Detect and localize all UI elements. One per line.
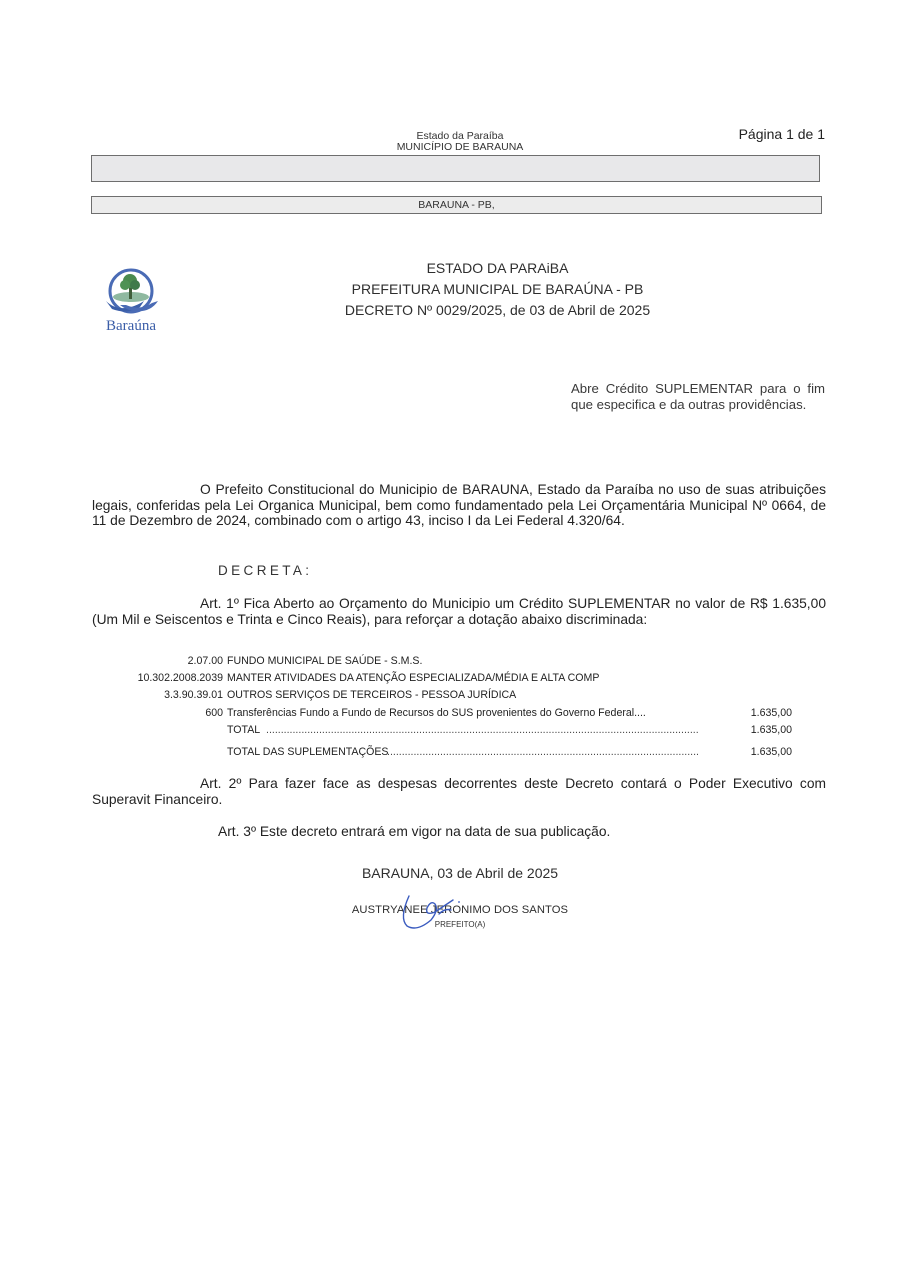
total-value: 1.635,00	[722, 722, 792, 738]
header-box-blank	[91, 155, 820, 182]
dotation-row: 10.302.2008.2039 MANTER ATIVIDADES DA AT…	[92, 670, 812, 686]
dotation-code: 2.07.00	[92, 653, 223, 669]
dotation-description: OUTROS SERVIÇOS DE TERCEIROS - PESSOA JU…	[227, 687, 516, 703]
preamble-text: O Prefeito Constitucional do Municipio d…	[92, 482, 826, 528]
grand-total-label: TOTAL DAS SUPLEMENTAÇÕES	[227, 744, 389, 760]
header-municipality: MUNICÍPIO DE BARAUNA	[330, 142, 590, 153]
dotation-row: 2.07.00 FUNDO MUNICIPAL DE SAÚDE - S.M.S…	[92, 653, 812, 669]
header-box-location: BARAUNA - PB,	[91, 196, 822, 214]
dotation-total-row: TOTAL ..................................…	[92, 722, 812, 738]
preamble-paragraph: O Prefeito Constitucional do Municipio d…	[92, 482, 826, 529]
place-and-date: BARAUNA, 03 de Abril de 2025	[300, 865, 620, 881]
dotation-value: 1.635,00	[722, 705, 792, 721]
handwritten-signature-icon	[395, 890, 475, 935]
article-1-text: Art. 1º Fica Aberto ao Orçamento do Muni…	[92, 596, 826, 627]
dotation-description: FUNDO MUNICIPAL DE SAÚDE - S.M.S.	[227, 653, 422, 669]
dotation-row: 600 Transferências Fundo a Fundo de Recu…	[92, 705, 812, 721]
emblem-wordmark: Baraúna	[96, 318, 166, 335]
header-state-block: Estado da Paraíba MUNICÍPIO DE BARAUNA	[330, 131, 590, 153]
article-3: Art. 3º Este decreto entrará em vigor na…	[218, 824, 610, 839]
document-title: ESTADO DA PARAiBA PREFEITURA MUNICIPAL D…	[300, 258, 695, 321]
article-2-text: Art. 2º Para fazer face as despesas deco…	[92, 776, 826, 807]
dotation-row: 3.3.90.39.01 OUTROS SERVIÇOS DE TERCEIRO…	[92, 687, 812, 703]
decree-summary: Abre Crédito SUPLEMENTAR para o fim que …	[571, 381, 825, 412]
grand-total-value: 1.635,00	[722, 744, 792, 760]
total-label: TOTAL	[227, 722, 260, 738]
article-1: Art. 1º Fica Aberto ao Orçamento do Muni…	[92, 596, 826, 627]
title-decree-number: DECRETO Nº 0029/2025, de 03 de Abril de …	[300, 300, 695, 321]
dotation-code: 600	[92, 705, 223, 721]
title-prefecture: PREFEITURA MUNICIPAL DE BARAÚNA - PB	[300, 279, 695, 300]
title-state: ESTADO DA PARAiBA	[300, 258, 695, 279]
dotation-description: Transferências Fundo a Fundo de Recursos…	[227, 705, 646, 721]
dotation-description: MANTER ATIVIDADES DA ATENÇÃO ESPECIALIZA…	[227, 670, 599, 686]
dotation-code: 10.302.2008.2039	[92, 670, 223, 686]
decreta-heading: DECRETA:	[218, 563, 312, 578]
dotation-grand-total-row: TOTAL DAS SUPLEMENTAÇÕES ...............…	[92, 744, 812, 760]
dot-leader: ........................................…	[387, 744, 698, 760]
page-indicator: Página 1 de 1	[720, 126, 825, 142]
article-2: Art. 2º Para fazer face as despesas deco…	[92, 776, 826, 807]
dot-leader: ........................................…	[266, 722, 698, 738]
dotation-code: 3.3.90.39.01	[92, 687, 223, 703]
